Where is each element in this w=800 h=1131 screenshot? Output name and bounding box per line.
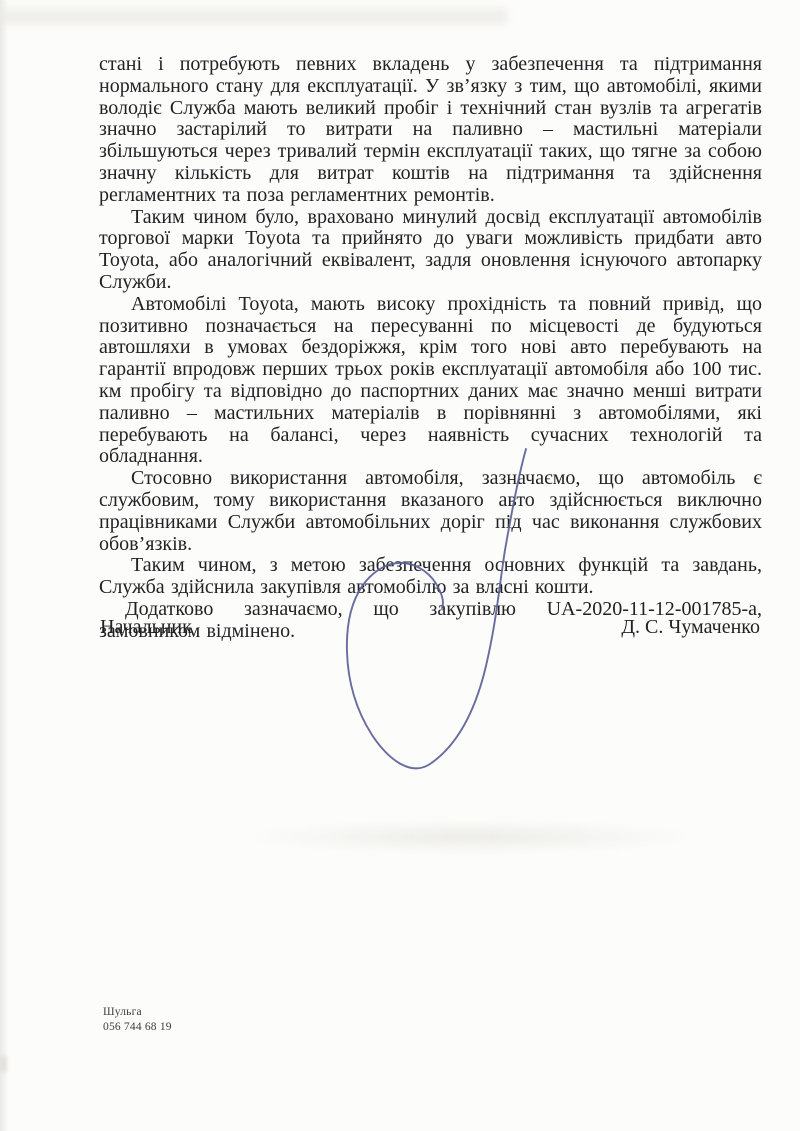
paragraph-official-use: Стосовно використання автомобіля, зазнач… bbox=[99, 468, 762, 555]
executor-name: Шульга bbox=[103, 1005, 172, 1020]
signature-block: Начальник Д. С. Чумаченко bbox=[100, 616, 760, 638]
executor-phone: 056 744 68 19 bbox=[103, 1020, 172, 1035]
paragraph-own-funds: Таким чином, з метою забезпечення основн… bbox=[99, 555, 762, 599]
position-title: Начальник bbox=[100, 616, 192, 638]
scan-artifact-top-band bbox=[0, 7, 508, 24]
paragraph-toyota-benefits: Автомобілі Toyota, мають високу прохідні… bbox=[99, 294, 762, 468]
scan-artifact-left-edge bbox=[0, 1056, 7, 1072]
body-text: стані і потребують певних вкладень у заб… bbox=[99, 54, 762, 643]
executor-footer: Шульга 056 744 68 19 bbox=[103, 1005, 172, 1034]
paragraph-toyota-experience: Таким чином було, враховано минулий досв… bbox=[99, 207, 762, 294]
scan-artifact-smudge bbox=[240, 820, 700, 854]
scanned-document-page: стані і потребують певних вкладень у заб… bbox=[0, 0, 800, 1131]
paragraph-continuation: стані і потребують певних вкладень у заб… bbox=[99, 54, 762, 207]
signer-name: Д. С. Чумаченко bbox=[621, 616, 760, 638]
